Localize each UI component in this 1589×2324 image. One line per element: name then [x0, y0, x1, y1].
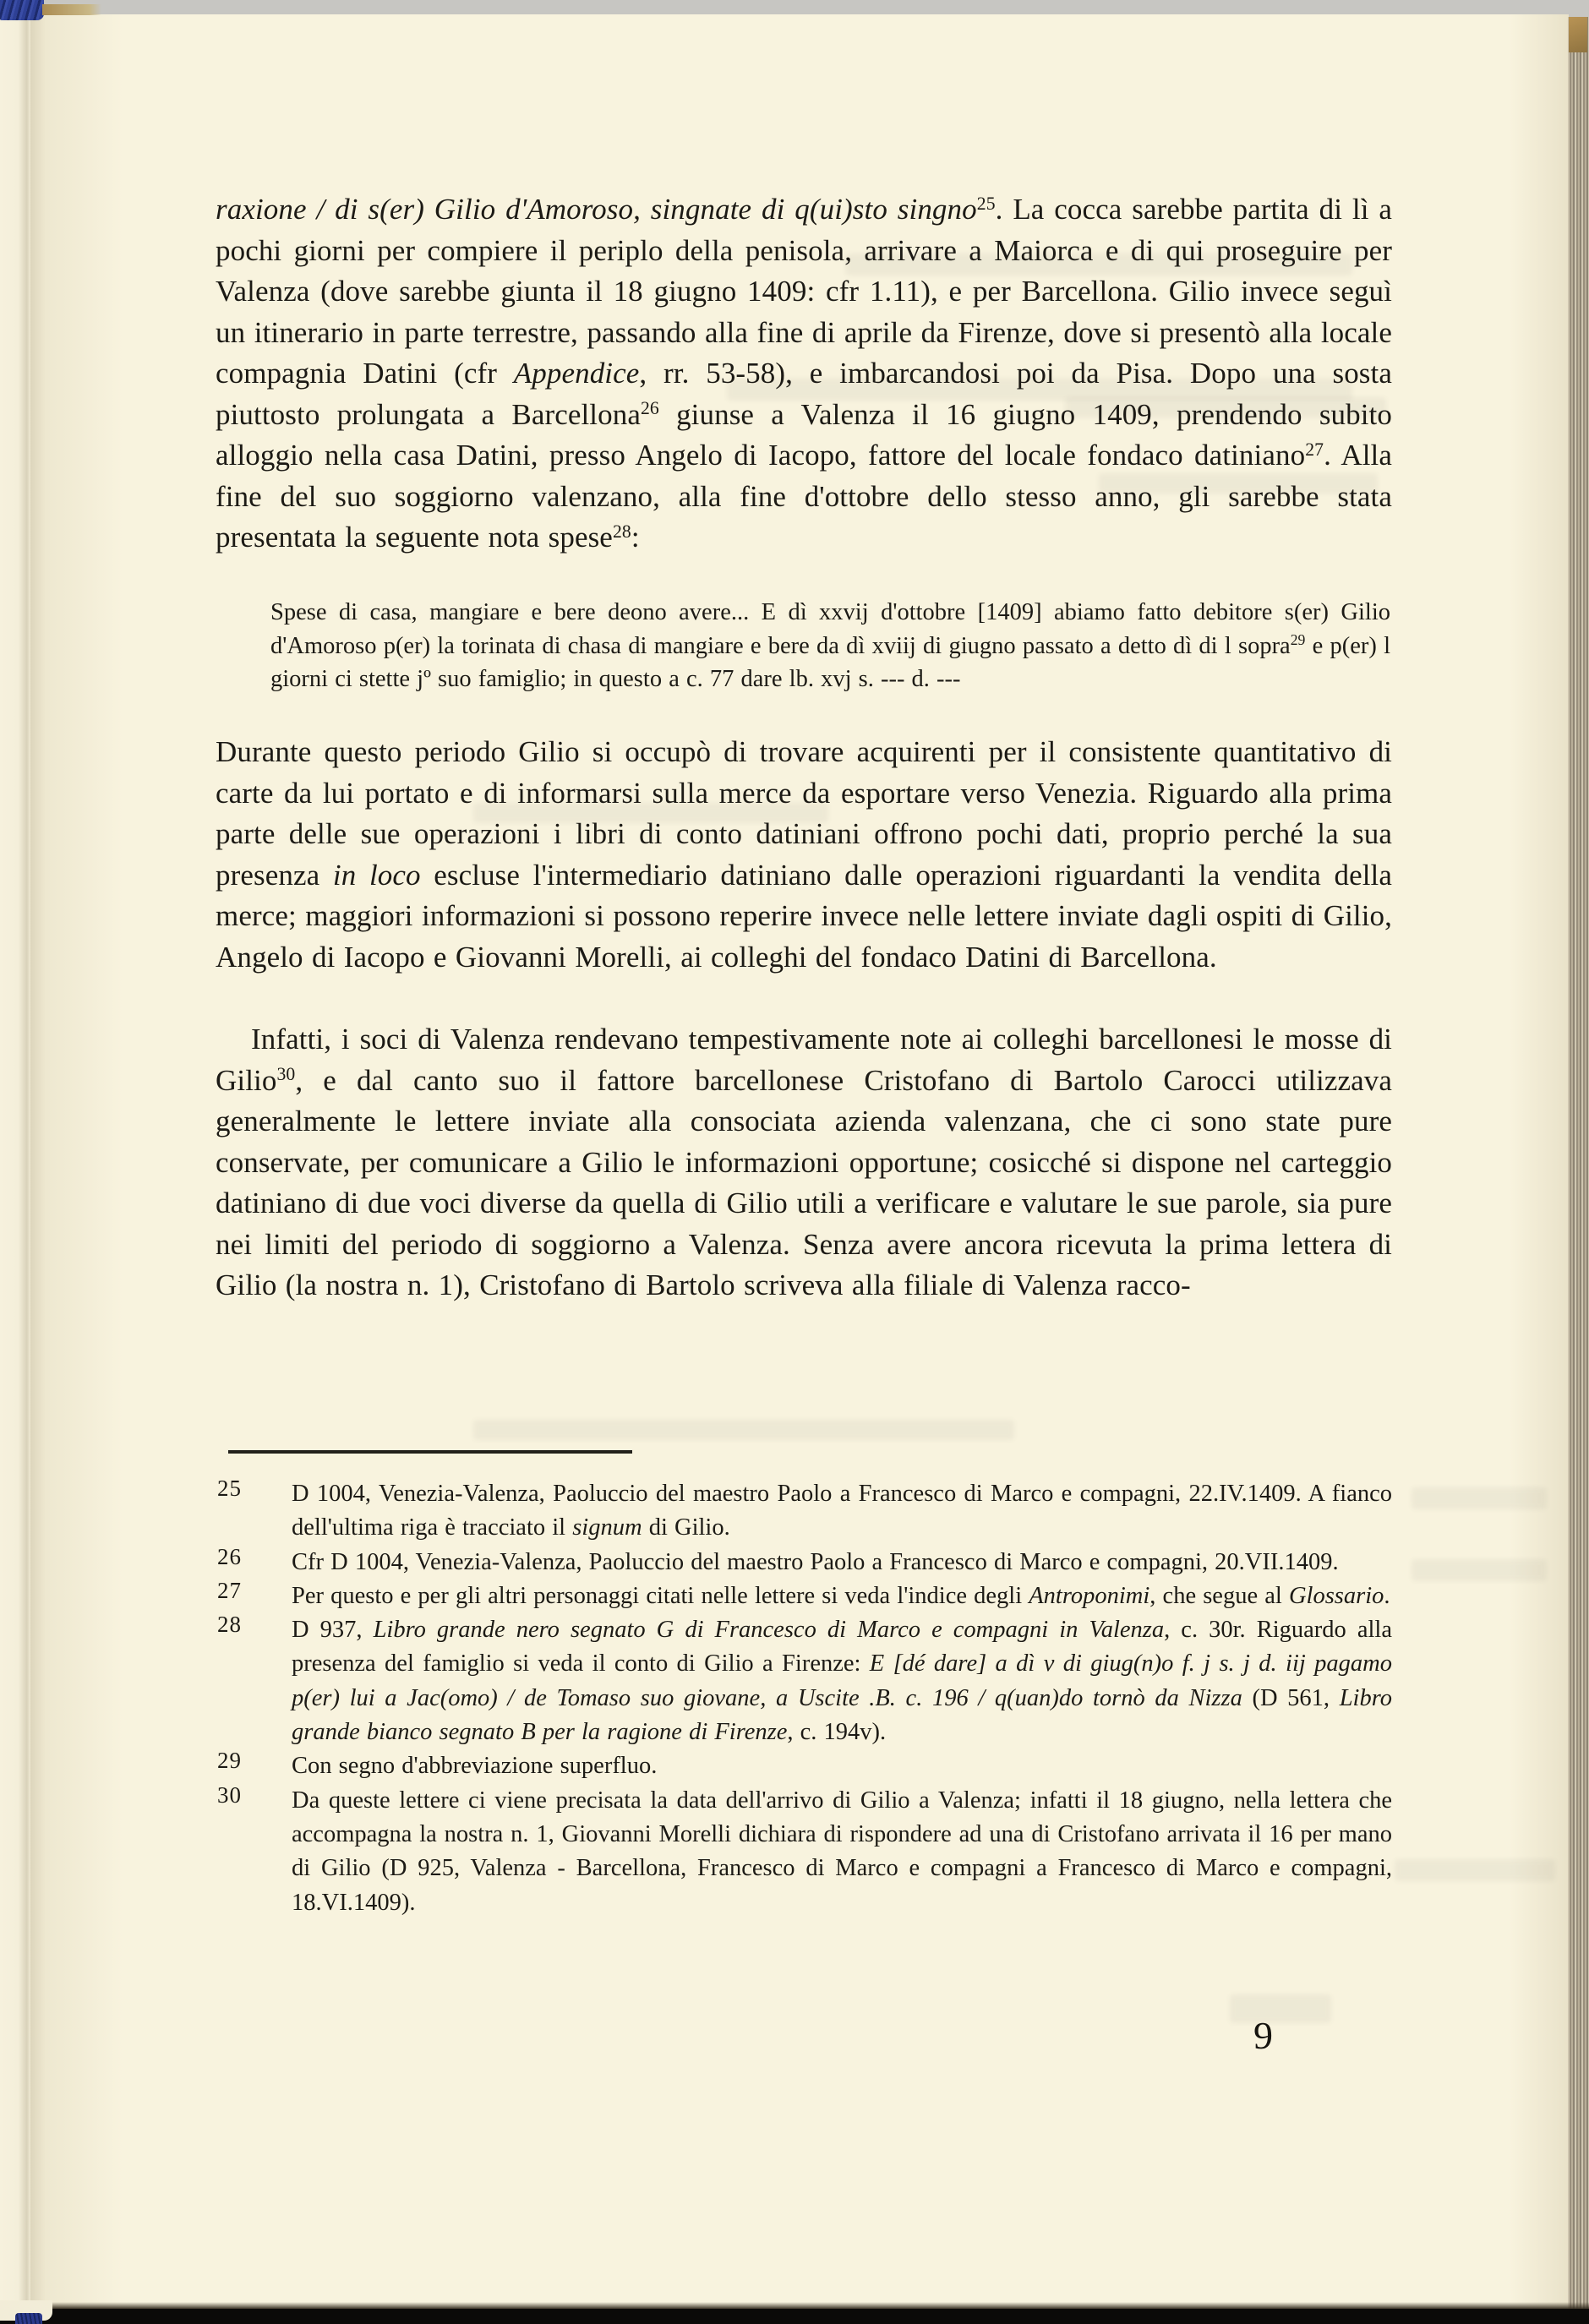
- bleedthrough-artifact: [1412, 1559, 1547, 1581]
- blue-headband: [0, 0, 44, 20]
- fore-edge-page-stack: [1568, 17, 1589, 2309]
- footnote-number: 27: [217, 1574, 242, 1607]
- footnote-text: Per questo e per gli altri personaggi ci…: [292, 1583, 1390, 1609]
- paragraph-infatti: Infatti, i soci di Valenza rendevano tem…: [216, 1019, 1392, 1307]
- binding-edge-artifact: [42, 4, 101, 15]
- footnote-number: 30: [217, 1778, 242, 1812]
- footnote-number: 26: [217, 1540, 242, 1574]
- footnote-number: 29: [217, 1743, 242, 1777]
- bleedthrough-artifact: [1395, 1859, 1555, 1881]
- footnote-text: Con segno d'abbreviazione superfluo.: [292, 1753, 657, 1779]
- footnote-text: D 1004, Venezia-Valenza, Paoluccio del m…: [292, 1481, 1392, 1541]
- footnote-separator-rule: [228, 1450, 632, 1454]
- text-block: raxione / di s(er) Gilio d'Amoroso, sing…: [216, 0, 1392, 2324]
- footnote-text: D 937, Libro grande nero segnato G di Fr…: [292, 1617, 1392, 1745]
- footnote-item: 30 Da queste lettere ci viene precisata …: [216, 1784, 1392, 1920]
- block-quote-expense-note: Spese di casa, mangiare e bere deono ave…: [270, 596, 1390, 696]
- bookmark-thread: [15, 2313, 42, 2324]
- footnote-item: 26 Cfr D 1004, Venezia-Valenza, Paolucci…: [216, 1546, 1392, 1579]
- bleedthrough-artifact: [1412, 1487, 1547, 1509]
- page-number: 9: [1253, 2013, 1273, 2058]
- footnote-text: Cfr D 1004, Venezia-Valenza, Paoluccio d…: [292, 1549, 1339, 1575]
- paragraph-opening: raxione / di s(er) Gilio d'Amoroso, sing…: [216, 189, 1392, 559]
- footnote-item: 28 D 937, Libro grande nero segnato G di…: [216, 1613, 1392, 1749]
- gutter-page-edge: [0, 12, 30, 2307]
- footnote-number: 25: [217, 1471, 242, 1505]
- footnote-item: 27 Per questo e per gli altri personaggi…: [216, 1579, 1392, 1613]
- footnote-number: 28: [217, 1607, 242, 1641]
- footnote-item: 29 Con segno d'abbreviazione superfluo.: [216, 1749, 1392, 1783]
- footnote-item: 25 D 1004, Venezia-Valenza, Paoluccio de…: [216, 1477, 1392, 1546]
- cover-corner-artifact: [1569, 17, 1587, 52]
- footnote-text: Da queste lettere ci viene precisata la …: [292, 1787, 1392, 1916]
- footnote-section: 25 D 1004, Venezia-Valenza, Paoluccio de…: [216, 1477, 1392, 1920]
- paragraph-durante: Durante questo periodo Gilio si occupò d…: [216, 732, 1392, 978]
